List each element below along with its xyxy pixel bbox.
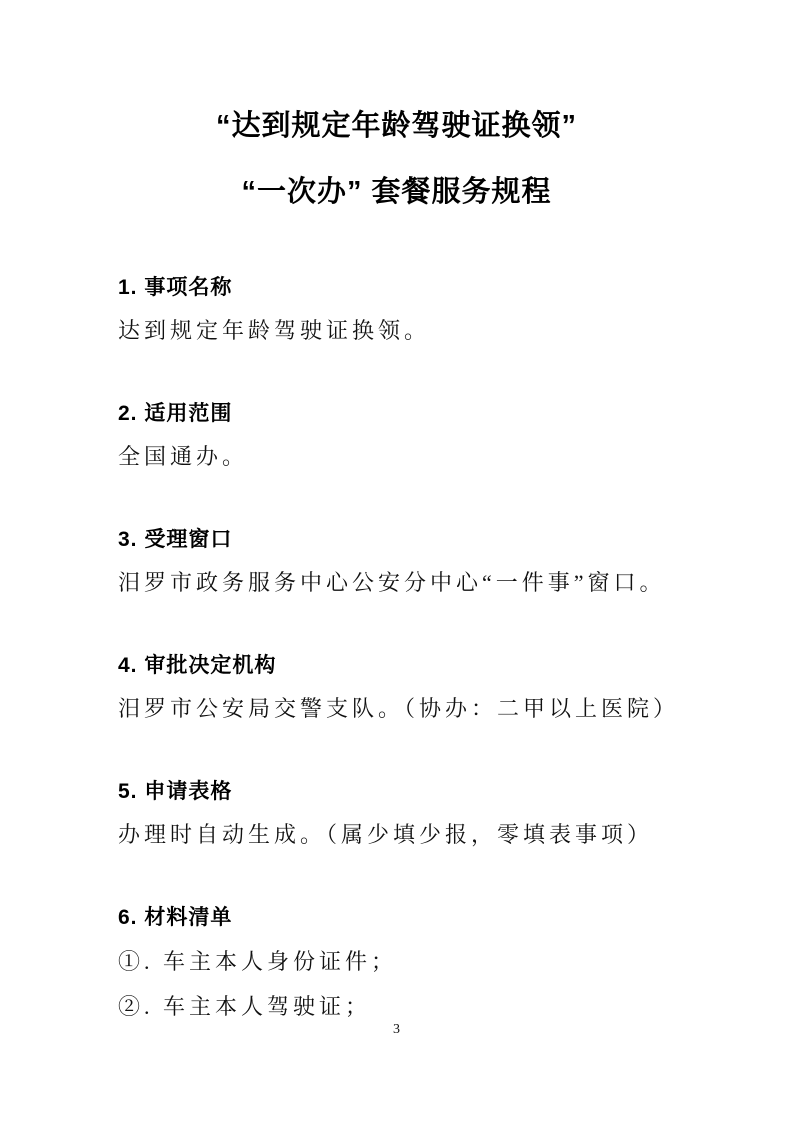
document-title-line2: “一次办” 套餐服务规程: [0, 176, 793, 209]
section-accept-window: 3. 受理窗口 汨罗市政务服务中心公安分中心“一件事”窗口。: [118, 528, 733, 596]
section-application-form: 5. 申请表格 办理时自动生成。（属少填少报，零填表事项）: [118, 780, 733, 848]
section-heading: 5. 申请表格: [118, 780, 733, 804]
section-heading: 4. 审批决定机构: [118, 654, 733, 678]
section-heading: 2. 适用范围: [118, 402, 733, 426]
section-body-text: 办理时自动生成。（属少填少报，零填表事项）: [118, 822, 733, 848]
document-page: “达到规定年龄驾驶证换领” “一次办” 套餐服务规程 1. 事项名称 达到规定年…: [0, 0, 793, 1122]
section-body-text: 汨罗市公安局交警支队。（协办：二甲以上医院）: [118, 696, 733, 722]
section-body-text: 汨罗市政务服务中心公安分中心“一件事”窗口。: [118, 570, 733, 596]
document-title-line1: “达到规定年龄驾驶证换领”: [0, 110, 793, 143]
section-material-list: 6. 材料清单 ①. 车主本人身份证件； ②. 车主本人驾驶证；: [118, 906, 733, 1019]
material-list-item: ②. 车主本人驾驶证；: [118, 994, 733, 1020]
page-number: 3: [0, 1022, 793, 1038]
section-body-text: 达到规定年龄驾驶证换领。: [118, 318, 733, 344]
section-heading: 3. 受理窗口: [118, 528, 733, 552]
section-body-text: 全国通办。: [118, 444, 733, 470]
material-list-item: ①. 车主本人身份证件；: [118, 949, 733, 975]
section-scope: 2. 适用范围 全国通办。: [118, 402, 733, 470]
section-item-name: 1. 事项名称 达到规定年龄驾驶证换领。: [118, 276, 733, 344]
section-heading: 1. 事项名称: [118, 276, 733, 300]
section-heading: 6. 材料清单: [118, 906, 733, 930]
section-approval-authority: 4. 审批决定机构 汨罗市公安局交警支队。（协办：二甲以上医院）: [118, 654, 733, 722]
document-body: 1. 事项名称 达到规定年龄驾驶证换领。 2. 适用范围 全国通办。 3. 受理…: [118, 276, 733, 1020]
